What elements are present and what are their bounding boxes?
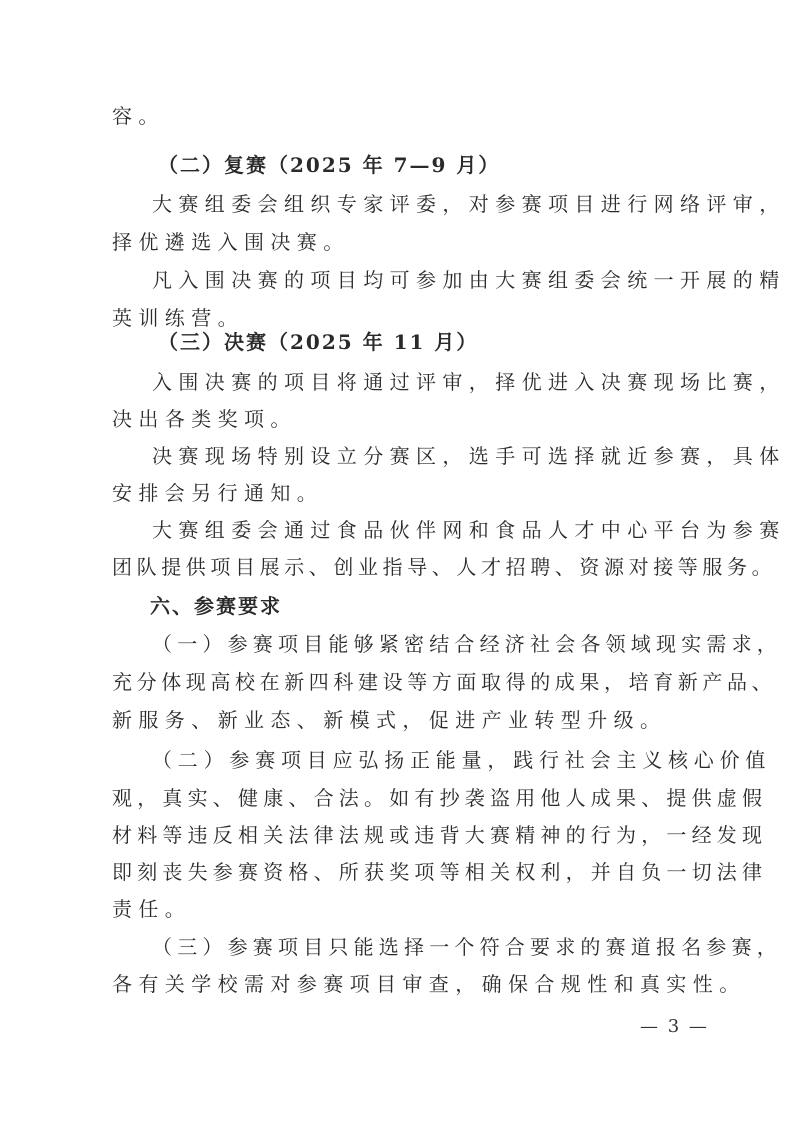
subheading-final: （三）决赛（2025 年 11 月） <box>158 330 748 354</box>
paragraph-line: 大赛组委会组织专家评委，对参赛项目进行网络评审， <box>152 192 742 216</box>
paragraph-line: 决出各类奖项。 <box>112 407 702 431</box>
paragraph-line: 容。 <box>112 104 702 128</box>
section-heading-requirements: 六、参赛要求 <box>150 594 740 618</box>
page-number: — 3 — <box>640 1016 709 1037</box>
paragraph-line: 团队提供项目展示、创业指导、人才招聘、资源对接等服务。 <box>112 555 702 579</box>
paragraph-line: （一）参赛项目能够紧密结合经济社会各领域现实需求， <box>152 632 742 656</box>
paragraph-line: 英训练营。 <box>112 306 702 330</box>
paragraph-line: 材料等违反相关法律法规或违背大赛精神的行为，一经发现 <box>112 823 702 847</box>
paragraph-line: 新服务、新业态、新模式，促进产业转型升级。 <box>112 708 702 732</box>
paragraph-line: 安排会另行通知。 <box>112 481 702 505</box>
paragraph-line: （二）参赛项目应弘扬正能量，践行社会主义核心价值 <box>152 748 742 772</box>
paragraph-line: 责任。 <box>112 897 702 921</box>
paragraph-line: 大赛组委会通过食品伙伴网和食品人才中心平台为参赛 <box>152 518 742 542</box>
paragraph-line: 即刻丧失参赛资格、所获奖项等相关权利，并自负一切法律 <box>112 860 702 884</box>
paragraph-line: 观，真实、健康、合法。如有抄袭盗用他人成果、提供虚假 <box>112 786 702 810</box>
subheading-semifinal: （二）复赛（2025 年 7—9 月） <box>158 153 748 177</box>
paragraph-line: 择优遴选入围决赛。 <box>112 230 702 254</box>
paragraph-line: （三）参赛项目只能选择一个符合要求的赛道报名参赛， <box>152 935 742 959</box>
paragraph-line: 凡入围决赛的项目均可参加由大赛组委会统一开展的精 <box>152 268 742 292</box>
paragraph-line: 充分体现高校在新四科建设等方面取得的成果，培育新产品、 <box>112 670 702 694</box>
document-page: 容。 （二）复赛（2025 年 7—9 月） 大赛组委会组织专家评委，对参赛项目… <box>0 0 800 1140</box>
paragraph-line: 决赛现场特别设立分赛区，选手可选择就近参赛，具体 <box>152 444 742 468</box>
paragraph-line: 各有关学校需对参赛项目审查，确保合规性和真实性。 <box>112 972 702 996</box>
paragraph-line: 入围决赛的项目将通过评审，择优进入决赛现场比赛， <box>152 370 742 394</box>
